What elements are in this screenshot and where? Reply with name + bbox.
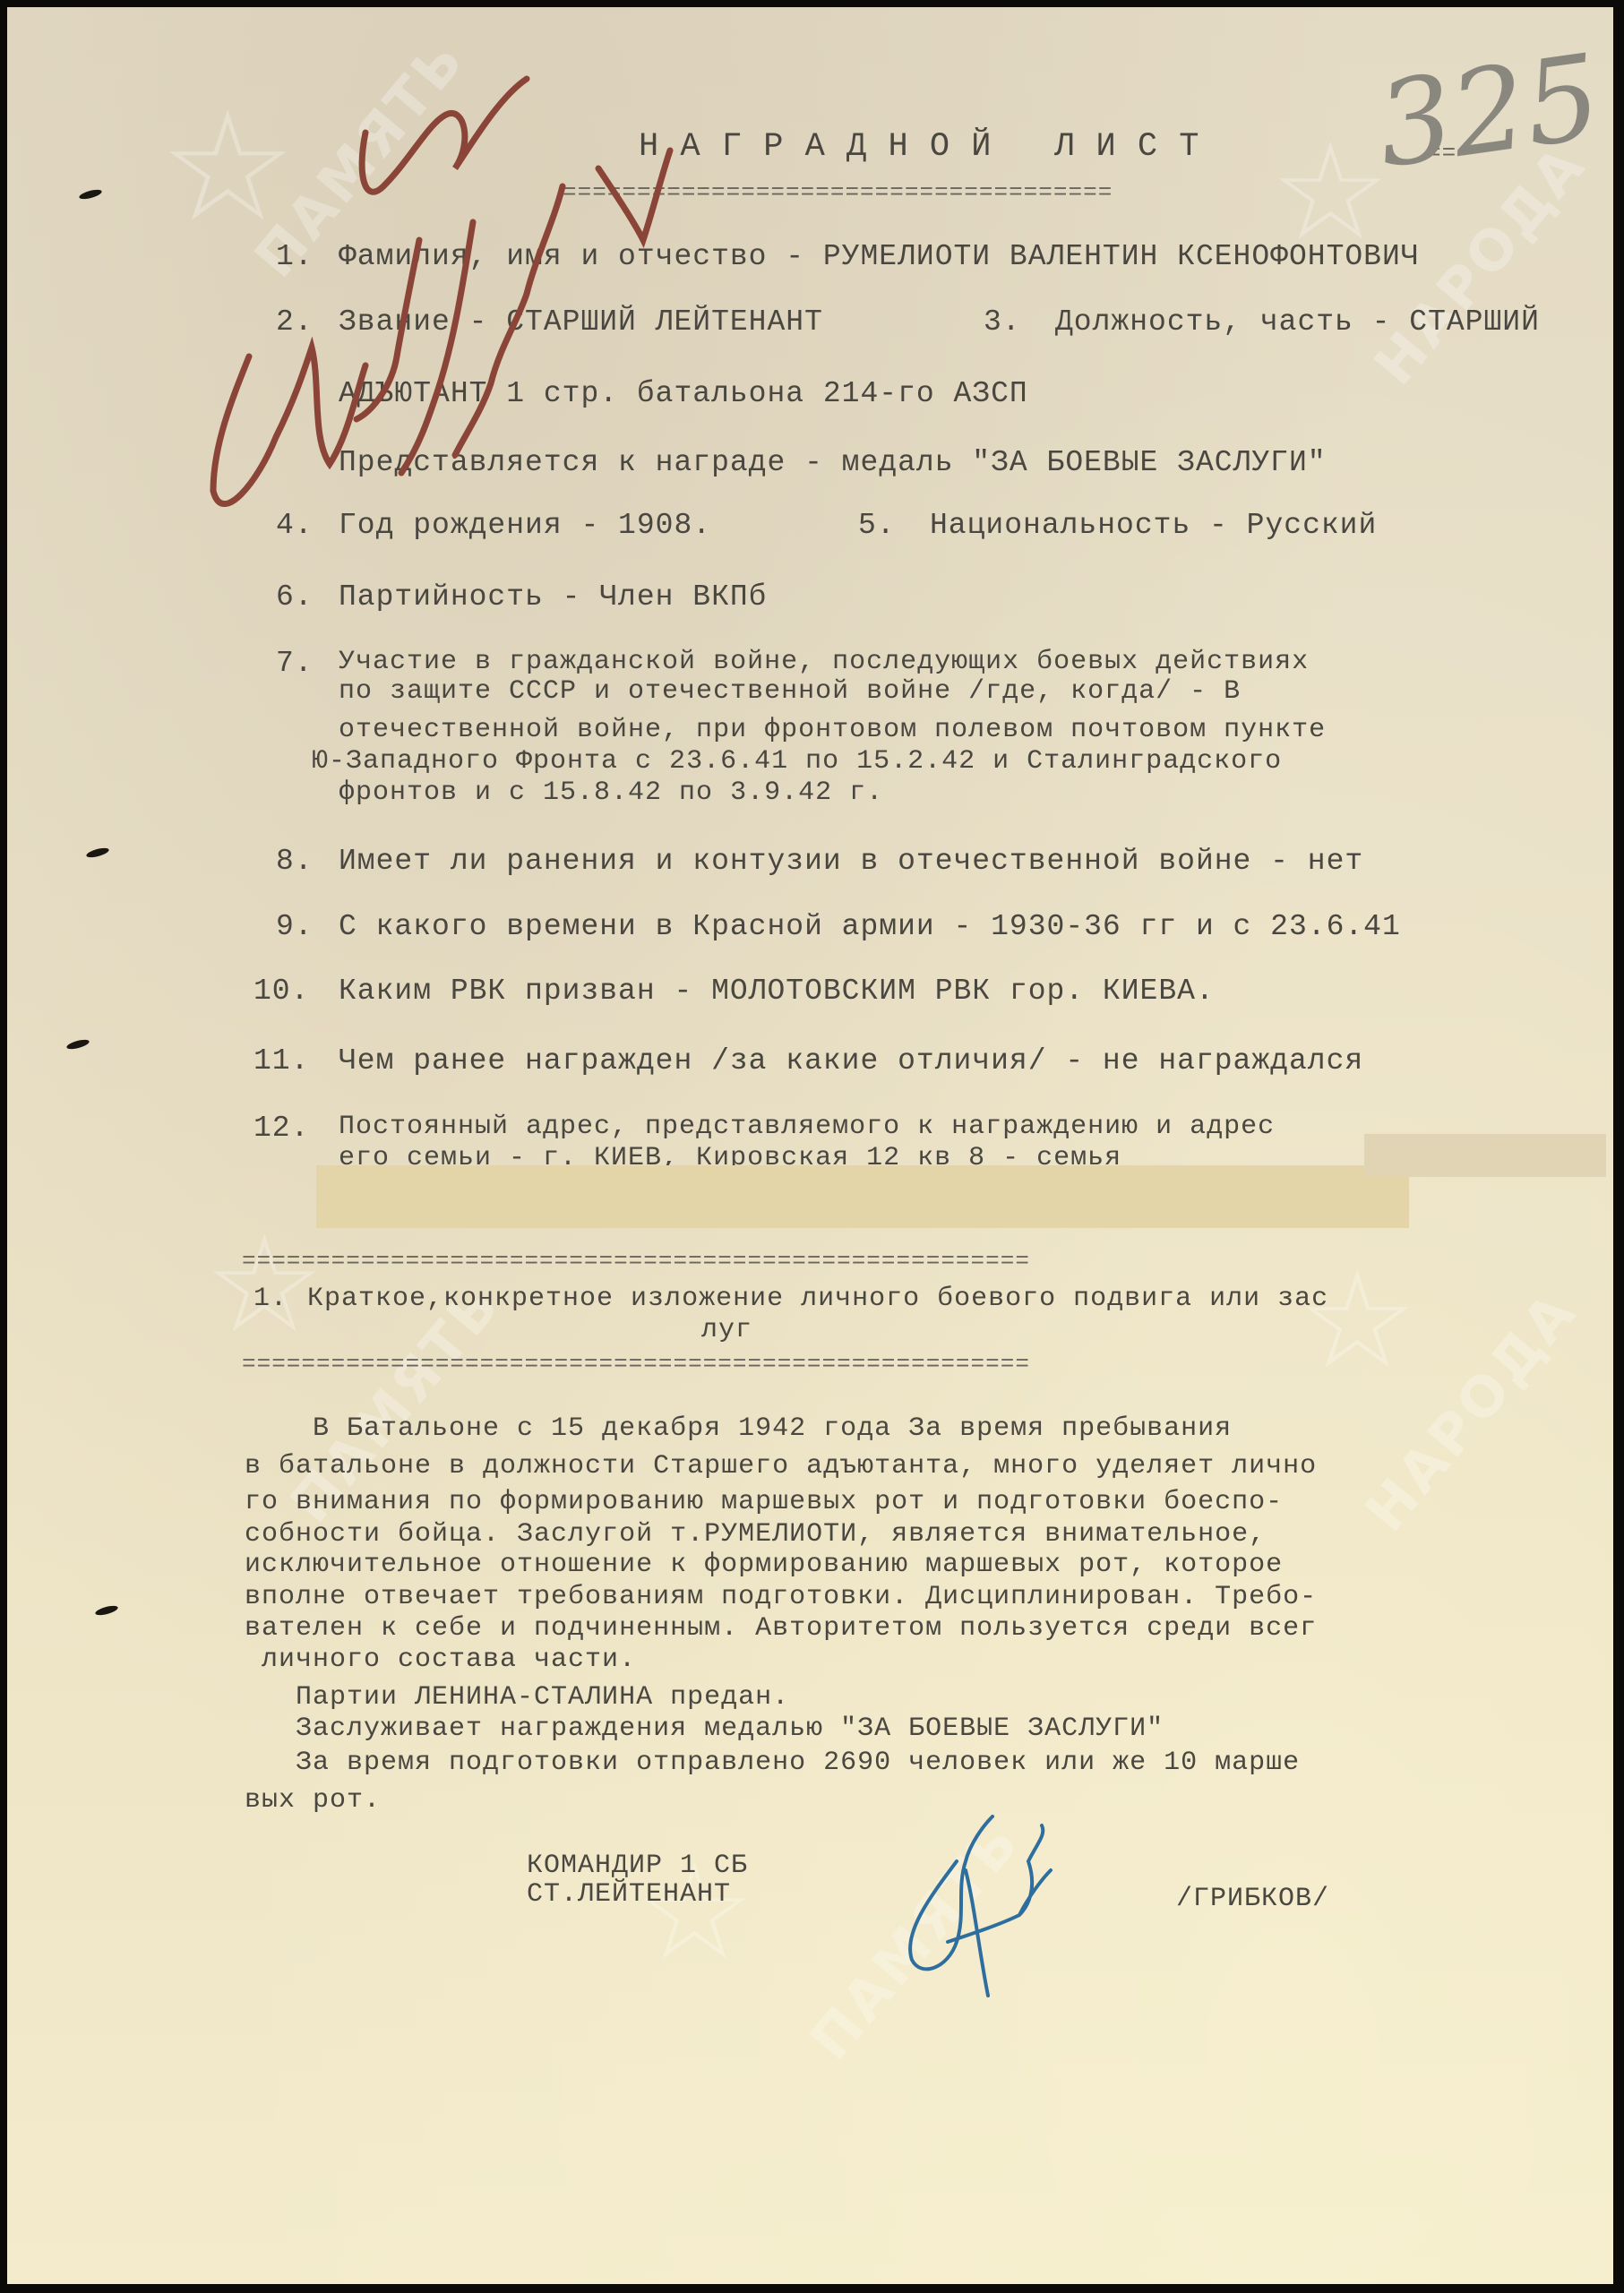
narrative-line: Заслуживает награждения медалью "ЗА БОЕВ… bbox=[245, 1713, 1164, 1744]
redaction-block bbox=[316, 1165, 1409, 1228]
paper-tear bbox=[94, 1604, 118, 1617]
field-7-line: по защите СССР и отечественной войне /гд… bbox=[339, 676, 1241, 707]
handwritten-resolution-icon bbox=[204, 61, 813, 580]
section-heading-line2: луг bbox=[701, 1315, 752, 1345]
field-11-number: 11. bbox=[253, 1044, 309, 1078]
narrative-line: в батальоне в должности Старшего адъютан… bbox=[245, 1451, 1317, 1481]
redaction-block bbox=[1364, 1134, 1606, 1177]
narrative-line: вполне отвечает требованиям подготовки. … bbox=[245, 1582, 1317, 1612]
narrative-line: го внимания по формированию маршевых рот… bbox=[245, 1487, 1283, 1517]
field-10-draft-office: Каким РВК призван - МОЛОТОВСКИМ РВК гор.… bbox=[339, 975, 1215, 1008]
section-heading-number: 1. bbox=[253, 1284, 288, 1314]
field-3-number: 3. bbox=[984, 305, 1021, 339]
field-6-number: 6. bbox=[276, 580, 314, 614]
narrative-line: исключительное отношение к формированию … bbox=[245, 1550, 1283, 1580]
field-6-party: Партийность - Член ВКПб bbox=[339, 580, 767, 614]
field-9-number: 9. bbox=[276, 910, 314, 943]
field-7-line: фронтов и с 15.8.42 по 3.9.42 г. bbox=[339, 777, 883, 808]
field-7-line: отечественной войне, при фронтовом полев… bbox=[339, 715, 1326, 745]
field-5-nationality: Национальность - Русский bbox=[930, 509, 1377, 542]
paper-tear bbox=[85, 846, 109, 859]
narrative-line: собности бойца. Заслугой т.РУМЕЛИОТИ, яв… bbox=[245, 1519, 1266, 1550]
field-12-line: Постоянный адрес, представляемого к нагр… bbox=[339, 1112, 1275, 1142]
field-7-line: Участие в гражданской войне, последующих… bbox=[339, 647, 1309, 677]
field-8-number: 8. bbox=[276, 845, 314, 878]
field-5-number: 5. bbox=[858, 509, 896, 542]
field-10-number: 10. bbox=[253, 975, 309, 1008]
section-separator-bottom: ========================================… bbox=[242, 1351, 1613, 1378]
award-sheet-paper: ☆ ПАМЯТЬ ☆ НАРОДА ☆ ПАМЯТЬ ☆ НАРОДА ☆ ПА… bbox=[7, 7, 1613, 2284]
narrative-line: личного состава части. bbox=[245, 1645, 636, 1675]
narrative-line: В Батальоне с 15 декабря 1942 года За вр… bbox=[245, 1413, 1232, 1444]
paper-tear bbox=[65, 1038, 90, 1051]
signer-rank: СТ.ЛЕЙТЕНАНТ bbox=[527, 1879, 731, 1910]
narrative-line: вых рот. bbox=[245, 1785, 381, 1816]
field-8-wounds: Имеет ли ранения и контузии в отечествен… bbox=[339, 845, 1363, 878]
signer-role: КОМАНДИР 1 СБ bbox=[527, 1851, 748, 1881]
narrative-line: Партии ЛЕНИНА-СТАЛИНА предан. bbox=[245, 1682, 789, 1713]
section-separator-top: ========================================… bbox=[242, 1248, 1603, 1275]
field-11-previous-awards: Чем ранее награжден /за какие отличия/ -… bbox=[339, 1044, 1363, 1078]
narrative-line: За время подготовки отправлено 2690 чело… bbox=[245, 1748, 1300, 1778]
narrative-line: вателен к себе и подчиненным. Авторитето… bbox=[245, 1613, 1317, 1644]
field-3-position: Должность, часть - СТАРШИЙ bbox=[1055, 305, 1540, 339]
field-9-service-since: С какого времени в Красной армии - 1930-… bbox=[339, 910, 1401, 943]
field-7-number: 7. bbox=[276, 647, 314, 680]
section-heading-line1: Краткое,конкретное изложение личного бое… bbox=[307, 1284, 1328, 1314]
field-12-number: 12. bbox=[253, 1112, 309, 1145]
signer-name: /ГРИБКОВ/ bbox=[1176, 1884, 1329, 1914]
paper-tear bbox=[78, 188, 102, 201]
field-7-line: Ю-Западного Фронта с 23.6.41 по 15.2.42 … bbox=[312, 746, 1282, 777]
commander-signature-icon bbox=[894, 1808, 1073, 2014]
